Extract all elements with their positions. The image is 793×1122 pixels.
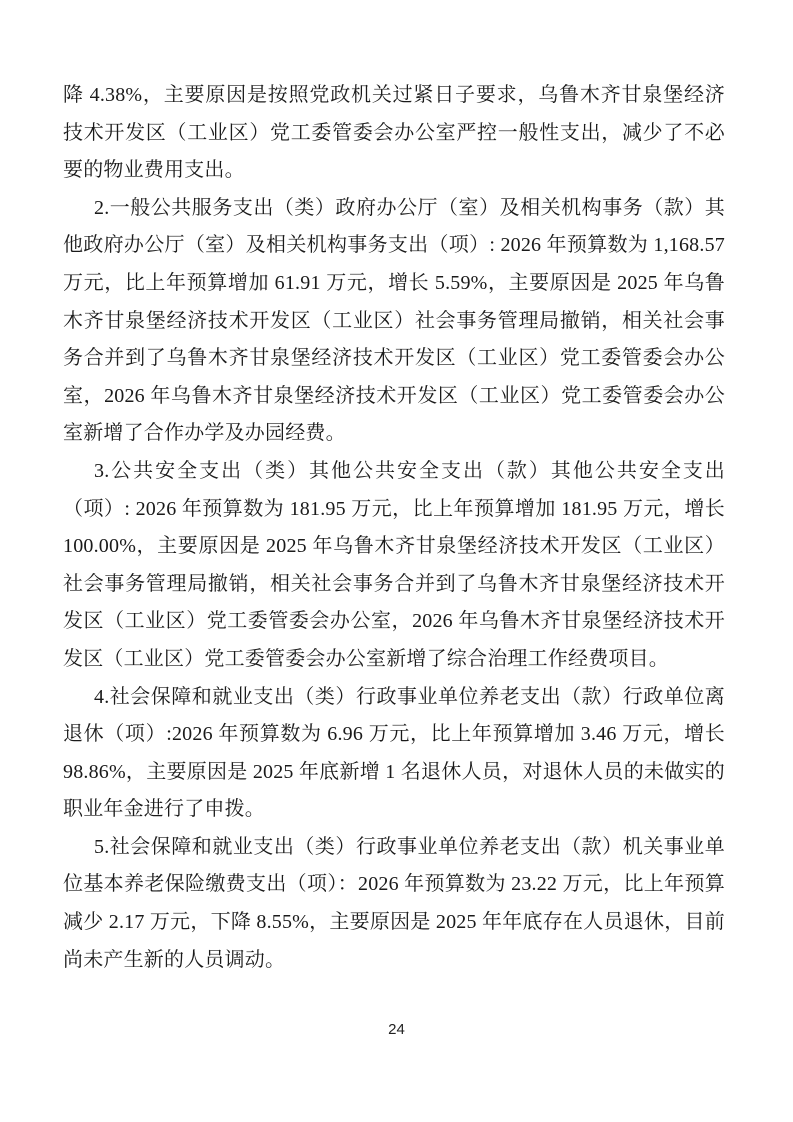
document-page: 降 4.38%，主要原因是按照党政机关过紧日子要求，乌鲁木齐甘泉堡经济技术开发区… [0, 0, 793, 1122]
paragraph-item-2: 2.一般公共服务支出（类）政府办公厅（室）及相关机构事务（款）其他政府办公厅（室… [63, 190, 725, 453]
page-number: 24 [0, 1021, 793, 1038]
paragraph-continuation: 降 4.38%，主要原因是按照党政机关过紧日子要求，乌鲁木齐甘泉堡经济技术开发区… [63, 77, 725, 190]
paragraph-item-5: 5.社会保障和就业支出（类）行政事业单位养老支出（款）机关事业单位基本养老保险缴… [63, 829, 725, 979]
body-text: 降 4.38%，主要原因是按照党政机关过紧日子要求，乌鲁木齐甘泉堡经济技术开发区… [63, 77, 725, 979]
paragraph-item-4: 4.社会保障和就业支出（类）行政事业单位养老支出（款）行政单位离退休（项）:20… [63, 679, 725, 829]
paragraph-item-3: 3.公共安全支出（类）其他公共安全支出（款）其他公共安全支出（项）: 2026 … [63, 453, 725, 679]
